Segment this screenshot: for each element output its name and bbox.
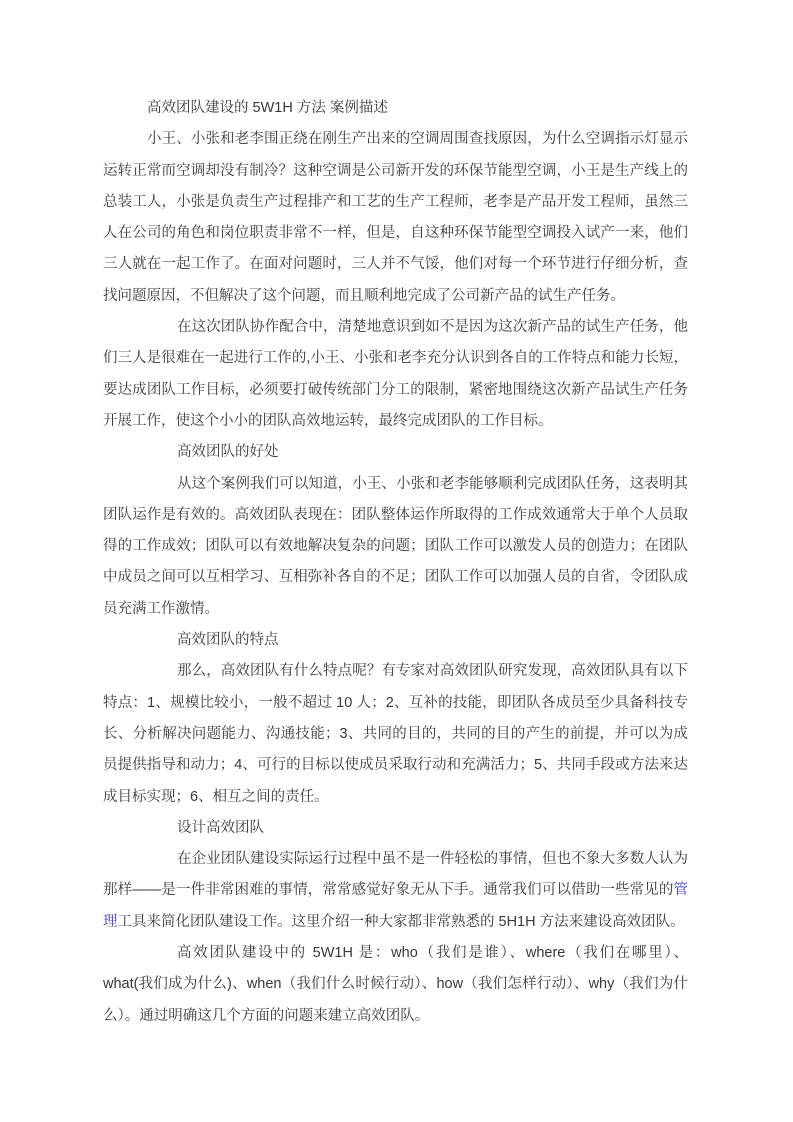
text-run: 高效团队建设中的 5W1H 是：who（我们是谁）、where（我们在哪里）、w…: [103, 945, 688, 1024]
paragraph-team-cooperation: 在这次团队协作配合中，清楚地意识到如不是因为这次新产品的试生产任务，他们三人是很…: [103, 312, 688, 437]
text-run: 在企业团队建设实际运行过程中虽不是一件轻松的事情，但也不象大多数人认为那样——是…: [103, 851, 688, 898]
text-run: 工具来简化团队建设工作。这里介绍一种大家都非常熟悉的 5H1H 方法来建设高效团…: [118, 914, 685, 930]
paragraph-team-characteristics: 那么，高效团队有什么特点呢？有专家对高效团队研究发现，高效团队具有以下特点：1、…: [103, 656, 688, 812]
heading-design-team: 设计高效团队: [103, 813, 688, 844]
text-run: 设计高效团队: [177, 820, 264, 836]
document-title: 高效团队建设的 5W1H 方法 案例描述: [103, 93, 688, 124]
paragraph-5w1h-definition: 高效团队建设中的 5W1H 是：who（我们是谁）、where（我们在哪里）、w…: [103, 938, 688, 1032]
paragraph-case-description: 小王、小张和老李围正绕在刚生产出来的空调周围查找原因，为什么空调指示灯显示运转正…: [103, 124, 688, 312]
text-run: 高效团队的好处: [177, 444, 279, 460]
document-page: 高效团队建设的 5W1H 方法 案例描述 小王、小张和老李围正绕在刚生产出来的空…: [0, 0, 793, 1122]
paragraph-team-benefits: 从这个案例我们可以知道，小王、小张和老李能够顺利完成团队任务，这表明其团队运作是…: [103, 469, 688, 625]
heading-team-characteristics: 高效团队的特点: [103, 625, 688, 656]
document-text-block: 高效团队建设的 5W1H 方法 案例描述 小王、小张和老李围正绕在刚生产出来的空…: [103, 93, 688, 1032]
text-run: 高效团队的特点: [177, 632, 279, 648]
text-run: 从这个案例我们可以知道，小王、小张和老李能够顺利完成团队任务，这表明其团队运作是…: [103, 476, 688, 617]
text-run: 小王、小张和老李围正绕在刚生产出来的空调周围查找原因，为什么空调指示灯显示运转正…: [103, 131, 688, 303]
document-viewport: { "page": { "background_color": "#ffffff…: [0, 0, 793, 1122]
text-run: 那么，高效团队有什么特点呢？有专家对高效团队研究发现，高效团队具有以下特点：1、…: [103, 663, 688, 804]
paragraph-design-team: 在企业团队建设实际运行过程中虽不是一件轻松的事情，但也不象大多数人认为那样——是…: [103, 844, 688, 938]
document-body: 小王、小张和老李围正绕在刚生产出来的空调周围查找原因，为什么空调指示灯显示运转正…: [103, 124, 688, 1032]
heading-team-benefits: 高效团队的好处: [103, 437, 688, 468]
text-run: 在这次团队协作配合中，清楚地意识到如不是因为这次新产品的试生产任务，他们三人是很…: [103, 319, 688, 429]
